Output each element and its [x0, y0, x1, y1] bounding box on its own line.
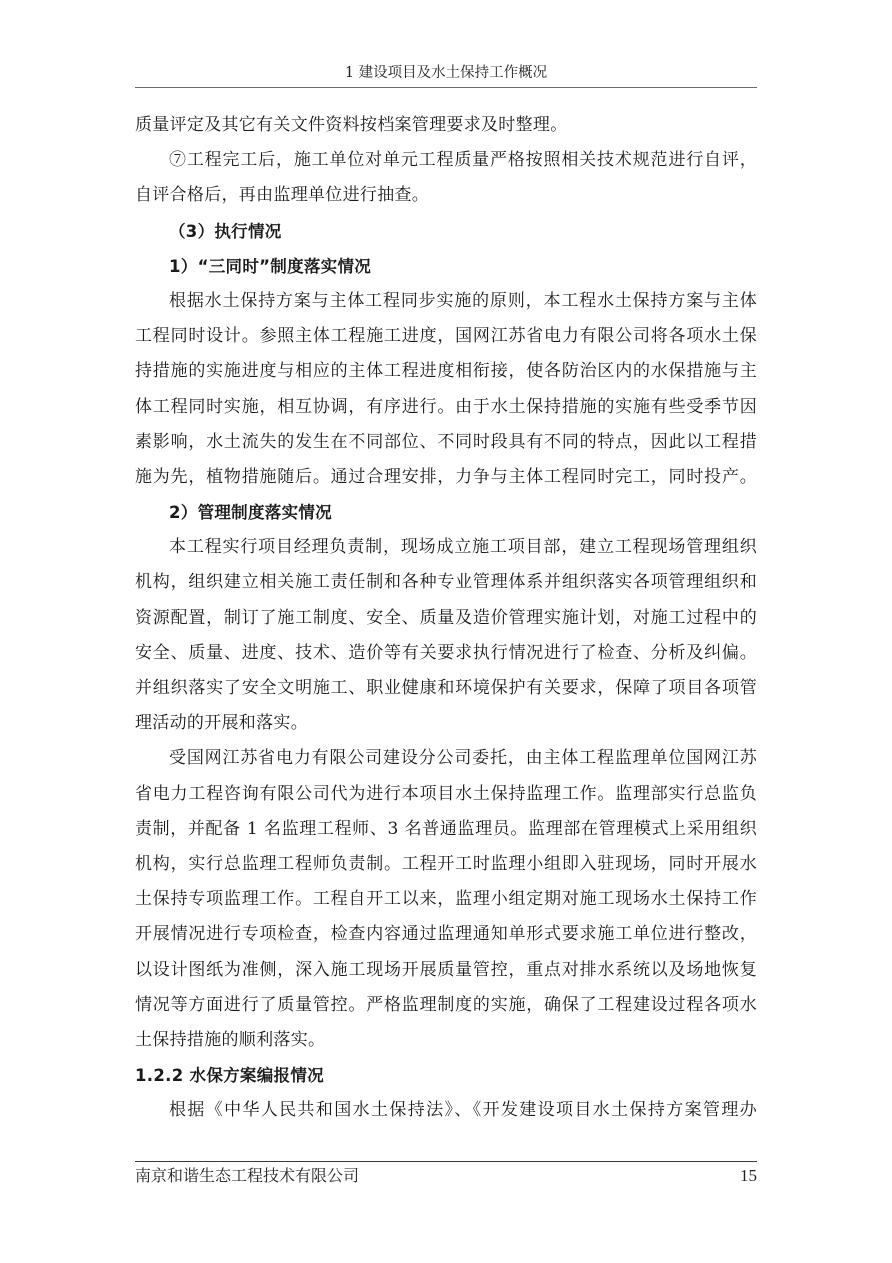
paragraph-line: 开展情况进行专项检查，检查内容通过监理通知单形式要求施工单位进行整改，	[135, 917, 757, 952]
paragraph-line: 机构，实行总监理工程师负责制。工程开工时监理小组即入驻现场，同时开展水	[135, 847, 757, 882]
footer-company-name: 南京和谐生态工程技术有限公司	[135, 1162, 359, 1190]
paragraph-line: 理活动的开展和落实。	[135, 706, 757, 741]
paragraph-line: 根据《中华人民共和国水土保持法》、《开发建设项目水土保持方案管理办	[135, 1093, 757, 1128]
paragraph-line: 省电力工程咨询有限公司代为进行本项目水土保持监理工作。监理部实行总监负	[135, 777, 757, 812]
paragraph-line: 本工程实行项目经理负责制，现场成立施工项目部，建立工程现场管理组织	[135, 530, 757, 565]
subsection-heading: 1）“三同时”制度落实情况	[135, 249, 757, 284]
paragraph-line: 受国网江苏省电力有限公司建设分公司委托，由主体工程监理单位国网江苏	[135, 741, 757, 776]
page-header: 1 建设项目及水土保持工作概况	[135, 62, 757, 88]
document-body: 质量评定及其它有关文件资料按档案管理要求及时整理。 ⑦工程完工后，施工单位对单元…	[135, 108, 757, 1128]
paragraph-line: 根据水土保持方案与主体工程同步实施的原则，本工程水土保持方案与主体	[135, 284, 757, 319]
paragraph-line: 自评合格后，再由监理单位进行抽查。	[135, 178, 757, 213]
subsection-heading: 2）管理制度落实情况	[135, 495, 757, 530]
paragraph-line: 持措施的实施进度与相应的主体工程进度相衔接，使各防治区内的水保措施与主	[135, 354, 757, 389]
paragraph-line: 并组织落实了安全文明施工、职业健康和环境保护有关要求，保障了项目各项管	[135, 671, 757, 706]
paragraph-line: 施为先，植物措施随后。通过合理安排，力争与主体工程同时完工，同时投产。	[135, 460, 757, 495]
paragraph-line: 体工程同时实施，相互协调，有序进行。由于水土保持措施的实施有些受季节因	[135, 390, 757, 425]
paragraph-line: 质量评定及其它有关文件资料按档案管理要求及时整理。	[135, 108, 757, 143]
section-heading: 1.2.2 水保方案编报情况	[135, 1058, 757, 1093]
page-number: 15	[740, 1162, 757, 1190]
paragraph-line: 素影响，水土流失的发生在不同部位、不同时段具有不同的特点，因此以工程措	[135, 425, 757, 460]
paragraph-line: 以设计图纸为准侧，深入施工现场开展质量管控，重点对排水系统以及场地恢复	[135, 953, 757, 988]
page-footer: 南京和谐生态工程技术有限公司 15	[135, 1161, 757, 1192]
paragraph-line: 资源配置，制订了施工制度、安全、质量及造价管理实施计划，对施工过程中的	[135, 601, 757, 636]
paragraph-line: 情况等方面进行了质量管控。严格监理制度的实施，确保了工程建设过程各项水	[135, 988, 757, 1023]
paragraph-line: 土保持措施的顺利落实。	[135, 1023, 757, 1058]
subsection-heading: （3）执行情况	[135, 214, 757, 249]
chapter-title: 1 建设项目及水土保持工作概况	[345, 65, 547, 81]
paragraph-line: 工程同时设计。参照主体工程施工进度，国网江苏省电力有限公司将各项水土保	[135, 319, 757, 354]
paragraph-line: 土保持专项监理工作。工程自开工以来，监理小组定期对施工现场水土保持工作	[135, 882, 757, 917]
paragraph-line: 安全、质量、进度、技术、造价等有关要求执行情况进行了检查、分析及纠偏。	[135, 636, 757, 671]
paragraph-line: ⑦工程完工后，施工单位对单元工程质量严格按照相关技术规范进行自评，	[135, 143, 757, 178]
paragraph-line: 责制，并配备 1 名监理工程师、3 名普通监理员。监理部在管理模式上采用组织	[135, 812, 757, 847]
paragraph-line: 机构，组织建立相关施工责任制和各种专业管理体系并组织落实各项管理组织和	[135, 565, 757, 600]
